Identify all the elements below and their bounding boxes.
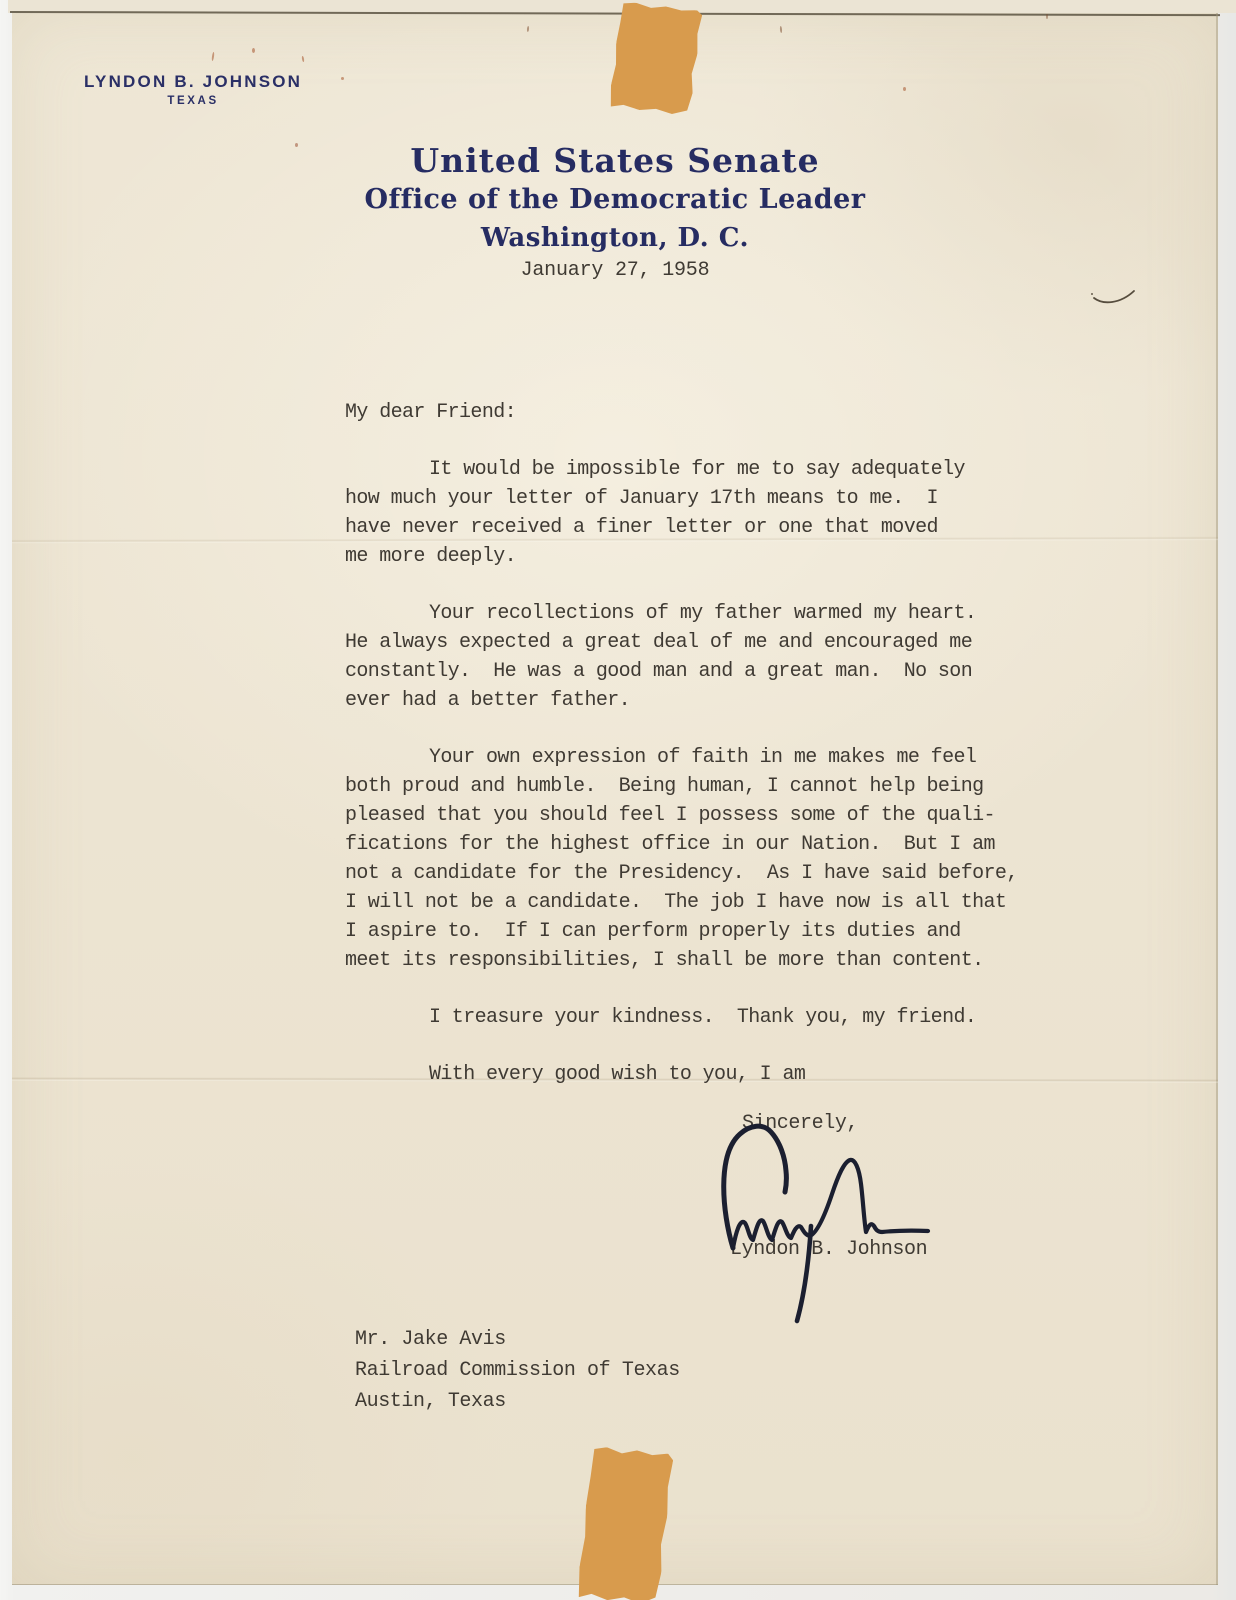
masthead-city: Washington, D. C. xyxy=(12,219,1218,257)
foxing-speck xyxy=(252,48,255,53)
paragraph-1: It would be impossible for me to say ade… xyxy=(345,455,1065,571)
foxing-speck xyxy=(903,87,906,91)
letter-body: My dear Friend: It would be impossible f… xyxy=(345,398,1065,1089)
recipient-address: Mr. Jake Avis Railroad Commission of Tex… xyxy=(355,1324,680,1417)
signature-ink xyxy=(660,1100,940,1330)
letterhead-name: LYNDON B. JOHNSON xyxy=(84,72,302,92)
pen-mark-icon xyxy=(1088,286,1140,308)
salutation: My dear Friend: xyxy=(345,398,1065,427)
foxing-speck xyxy=(341,77,344,80)
closing-line-2: With every good wish to you, I am xyxy=(345,1060,1065,1089)
paragraph-2: Your recollections of my father warmed m… xyxy=(345,599,1065,715)
scanned-letter-image: LYNDON B. JOHNSON TEXAS United States Se… xyxy=(0,0,1236,1600)
letterhead-state: TEXAS xyxy=(84,95,302,107)
paragraph-3: Your own expression of faith in me makes… xyxy=(345,743,1065,975)
masthead-office: Office of the Democratic Leader xyxy=(12,180,1218,219)
masthead: United States Senate Office of the Democ… xyxy=(12,142,1218,285)
tape-remnant-top xyxy=(608,1,702,116)
masthead-org: United States Senate xyxy=(12,142,1218,180)
letter-date: January 27, 1958 xyxy=(12,257,1218,285)
foxing-speck xyxy=(1046,14,1048,19)
foxing-speck xyxy=(295,143,298,147)
closing-line-1: I treasure your kindness. Thank you, my … xyxy=(345,1003,1065,1032)
letterhead: LYNDON B. JOHNSON TEXAS xyxy=(84,72,302,107)
